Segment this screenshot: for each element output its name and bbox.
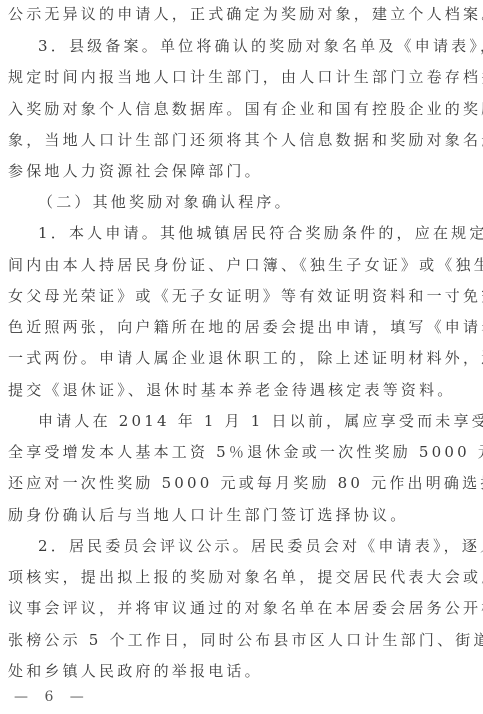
text-line: 规定时间内报当地人口计生部门，由人口计生部门立卷存档并录 — [8, 67, 478, 87]
text-line: 象，当地人口计生部门还须将其个人信息数据和奖励对象名册报 — [8, 130, 478, 150]
page-number: — 6 — — [14, 689, 90, 705]
text-line: 间内由本人持居民身份证、户口簿、《独生子女证》或《独生子 — [8, 255, 478, 275]
text-line: 色近照两张，向户籍所在地的居委会提出申请，填写《申请表》 — [8, 317, 478, 337]
text-line: 入奖励对象个人信息数据库。国有企业和国有控股企业的奖励对 — [8, 99, 478, 119]
text-line: 申请人在 2014 年 1 月 1 日以前，属应享受而未享受或未完 — [38, 411, 478, 431]
text-line: 2．居民委员会评议公示。居民委员会对《申请表》，逐人逐 — [38, 536, 478, 556]
text-line: 3．县级备案。单位将确认的奖励对象名单及《申请表》，在 — [38, 36, 478, 56]
text-line: 女父母光荣证》或《无子女证明》等有效证明资料和一寸免冠彩 — [8, 286, 478, 306]
text-line: 还应对一次性奖励 5000 元或每月奖励 80 元作出明确选择，待奖 — [8, 473, 478, 493]
text-line: 1．本人申请。其他城镇居民符合奖励条件的，应在规定时 — [38, 223, 478, 243]
section-heading: （二）其他奖励对象确认程序。 — [38, 192, 478, 212]
text-line: 一式两份。申请人属企业退休职工的，除上述证明材料外，还应 — [8, 348, 478, 368]
text-line: 公示无异议的申请人，正式确定为奖励对象，建立个人档案。 — [8, 4, 478, 24]
text-line: 处和乡镇人民政府的举报电话。 — [8, 661, 478, 681]
text-line: 提交《退休证》、退休时基本养老金待遇核定表等资料。 — [8, 380, 478, 400]
text-line: 议事会评议，并将审议通过的对象名单在本居委会居务公开栏内 — [8, 598, 478, 618]
text-line: 参保地人力资源社会保障部门。 — [8, 161, 478, 181]
text-line: 张榜公示 5 个工作日，同时公布县市区人口计生部门、街道办事 — [8, 630, 478, 650]
text-line: 励身份确认后与当地人口计生部门签订选择协议。 — [8, 505, 478, 525]
text-line: 项核实，提出拟上报的奖励对象名单，提交居民代表大会或居民 — [8, 567, 478, 587]
document-page: 公示无异议的申请人，正式确定为奖励对象，建立个人档案。 3．县级备案。单位将确认… — [0, 0, 483, 714]
text-line: 全享受增发本人基本工资 5％退休金或一次性奖励 5000 元的， — [8, 442, 478, 462]
